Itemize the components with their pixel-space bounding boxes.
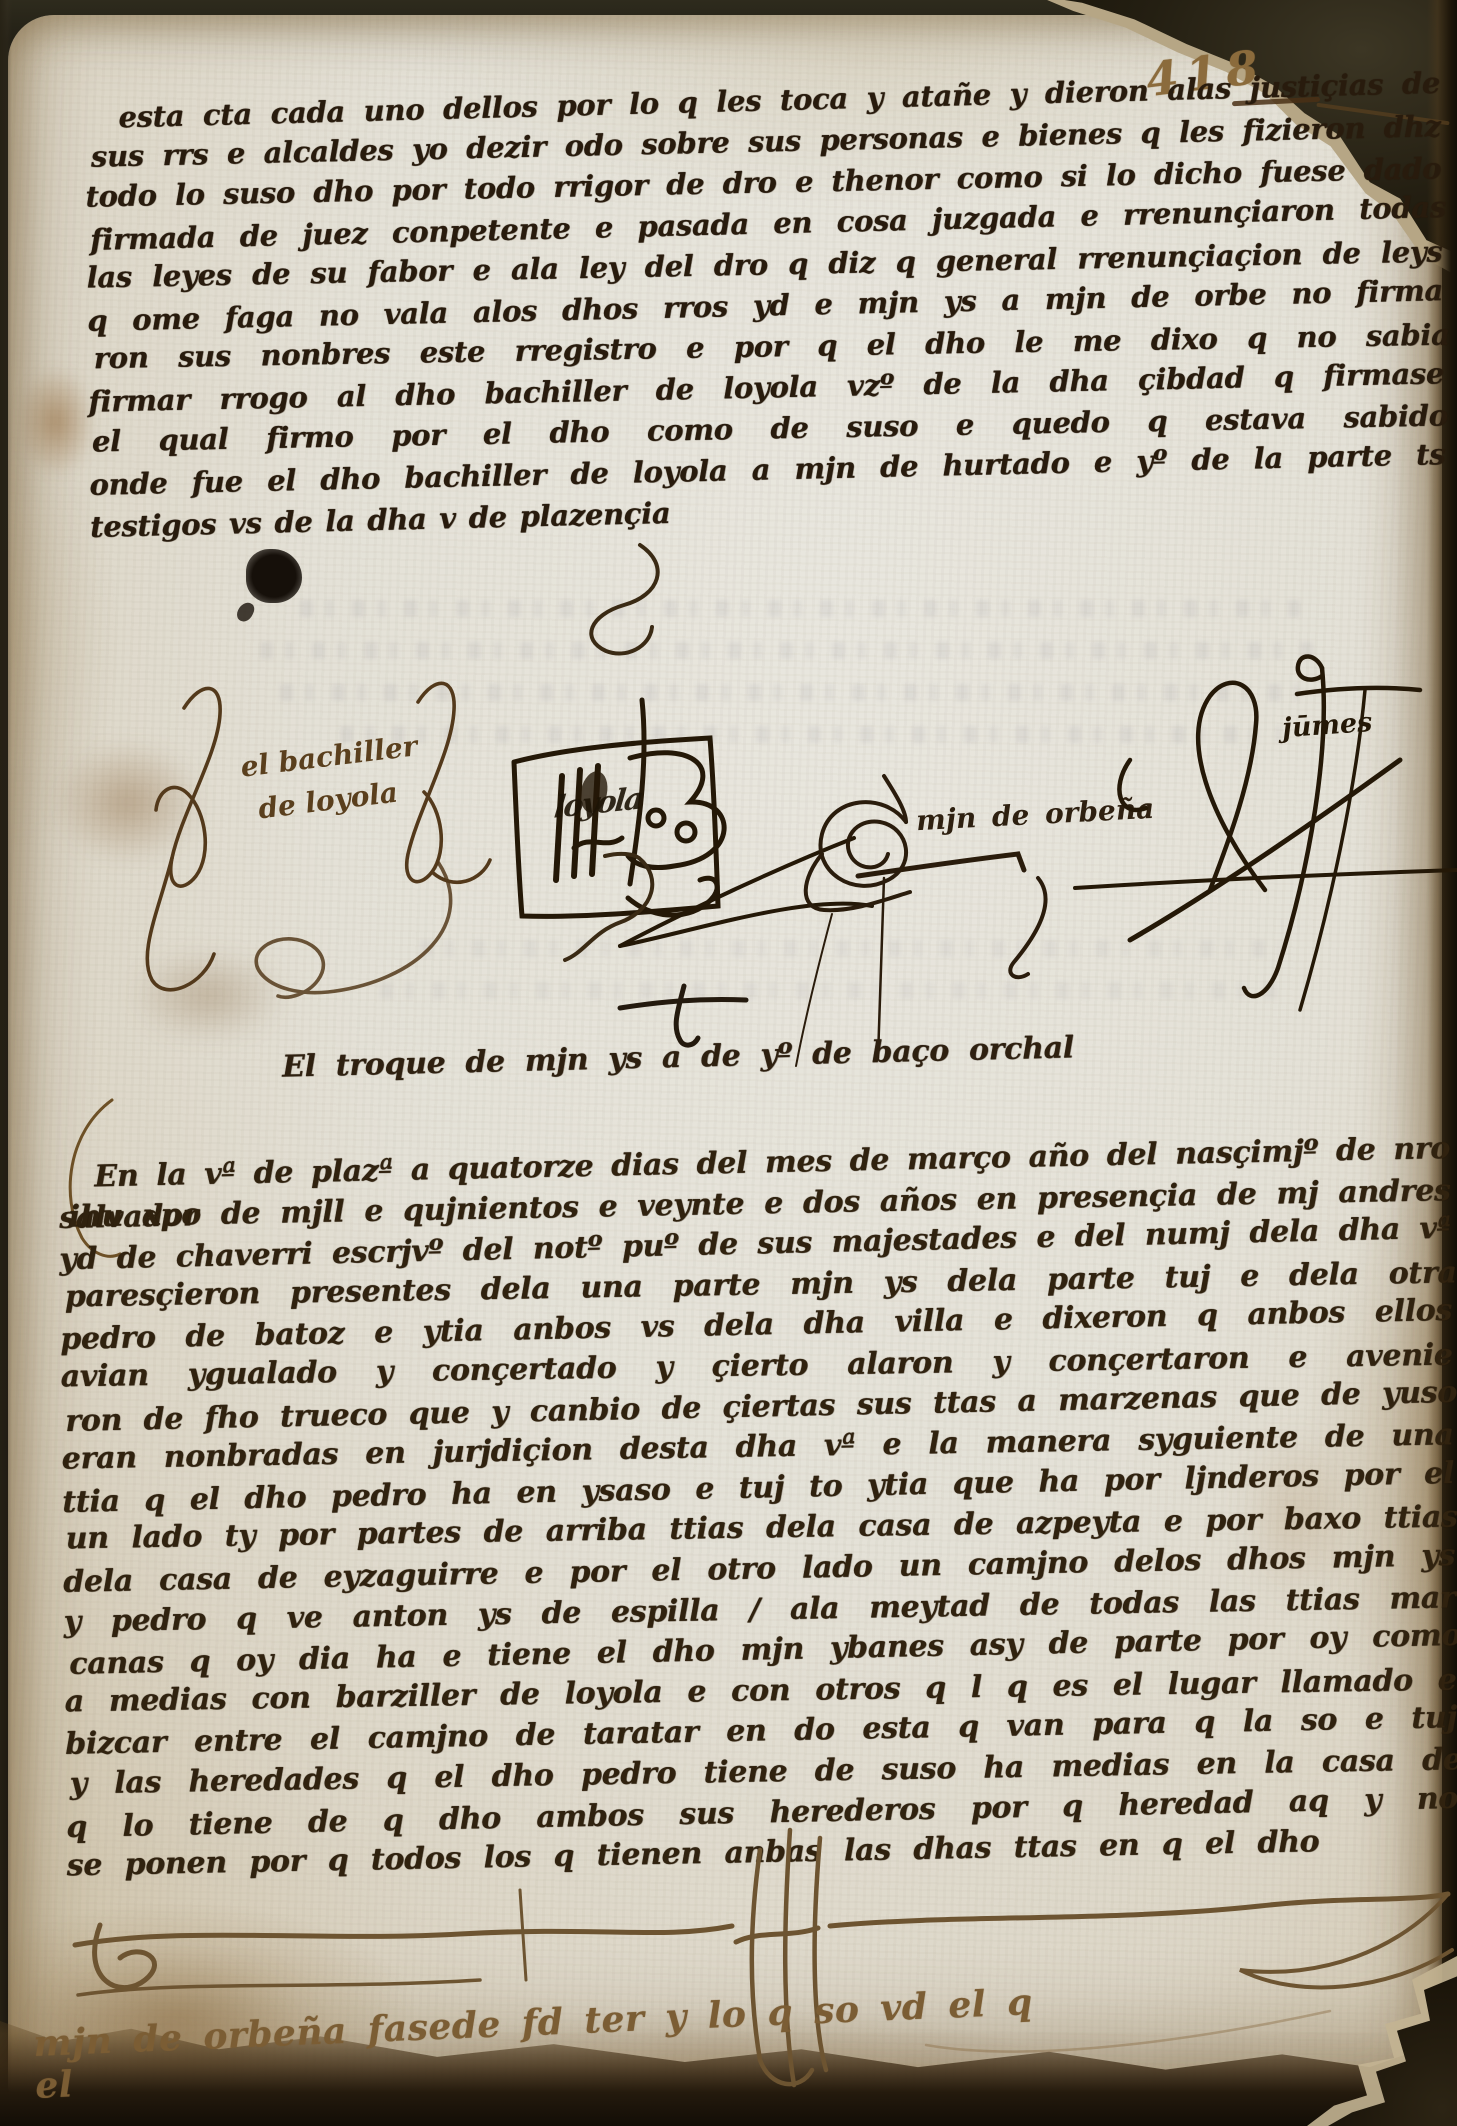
photo-left-edge <box>0 0 12 2126</box>
signature-name: jūmes <box>1281 707 1373 744</box>
signature-rubric-jumes: jūmes <box>1060 648 1457 1038</box>
text-block-lower: En la vª de plazª a quatorze dias del me… <box>58 1135 1457 1883</box>
text-block-upper: esta cta cada uno dellos por lo q les to… <box>84 71 1446 541</box>
manuscript-photo: 418 esta cta cada uno dellos por lo q le… <box>0 0 1457 2126</box>
flourish-squiggle <box>545 848 685 968</box>
signature-bachiller-de-loyola: el bachiller de loyola <box>118 662 518 1022</box>
closing-tail-stroke <box>920 1995 1340 2075</box>
flourish-tail <box>520 535 700 665</box>
